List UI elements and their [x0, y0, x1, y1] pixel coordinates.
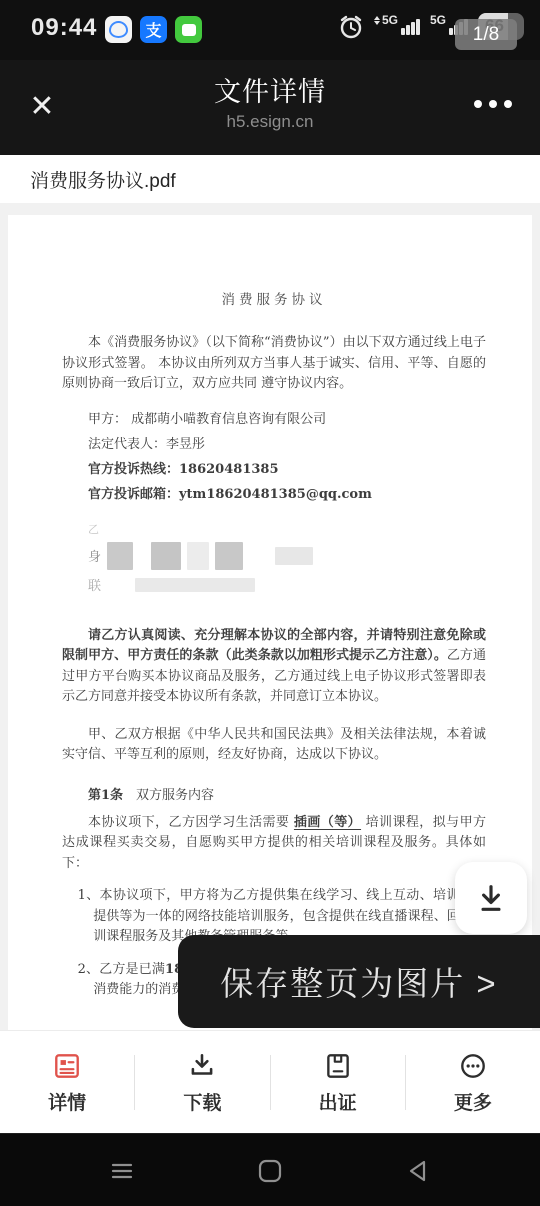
redaction-block — [187, 542, 209, 570]
back-button[interactable] — [396, 1149, 440, 1193]
redacted-text: 身 — [88, 546, 101, 565]
download-icon — [474, 881, 508, 915]
redaction-block — [135, 578, 255, 592]
network-type-label: 5G — [382, 13, 398, 27]
toolbar-item-details[interactable]: 详情 — [0, 1031, 134, 1134]
recents-menu-button[interactable] — [100, 1149, 144, 1193]
redaction-block — [215, 542, 243, 570]
redacted-text: 乙 — [88, 521, 99, 537]
android-nav-bar — [0, 1133, 540, 1206]
messages-icon — [175, 16, 202, 43]
file-name-bar: 消费服务协议.pdf — [0, 155, 540, 204]
alipay-icon: 支 — [140, 16, 167, 43]
home-button[interactable] — [248, 1149, 292, 1193]
toolbar-label: 更多 — [454, 1088, 492, 1115]
more-icon — [458, 1051, 488, 1081]
redaction-block — [107, 542, 133, 570]
toolbar-item-certificate[interactable]: 出证 — [271, 1031, 405, 1134]
party-a-name: 成都萌小喵教育信息咨询有限公司 — [131, 412, 326, 427]
alarm-icon — [338, 14, 364, 40]
underlined-course-name: 插画（等） — [294, 815, 361, 830]
certificate-icon — [323, 1051, 353, 1081]
app-header: ✕ 文件详情 h5.esign.cn — [0, 60, 540, 155]
download-icon — [187, 1051, 217, 1081]
network-type-label: 5G — [430, 13, 446, 27]
close-button[interactable]: ✕ — [20, 84, 64, 128]
home-icon — [254, 1155, 286, 1187]
notification-app-icons: 支 — [105, 16, 202, 43]
party-a-label: 甲方： — [88, 412, 127, 427]
chat-app-icon — [105, 16, 132, 43]
toolbar-label: 出证 — [319, 1088, 357, 1115]
email-row: 官方投诉邮箱：ytm18620481385@qq.com — [62, 482, 486, 507]
clock-time: 09:44 — [31, 14, 97, 42]
document-title: 消费服务协议 — [62, 288, 486, 308]
more-menu-button[interactable] — [468, 94, 518, 114]
section1-intro: 本协议项下，乙方因学习生活需要 插画（等） 培训课程，拟与甲方达成课程买卖交易，… — [62, 813, 486, 875]
download-fab-button[interactable] — [455, 862, 527, 934]
toolbar-label: 详情 — [48, 1088, 86, 1115]
section1-name: 双方服务内容 — [136, 788, 214, 803]
toolbar-item-download[interactable]: 下载 — [135, 1031, 269, 1134]
toolbar-item-more[interactable]: 更多 — [406, 1031, 540, 1134]
back-icon — [402, 1155, 434, 1187]
signal-5g-primary-icon: 5G — [374, 19, 420, 35]
redaction-block — [151, 542, 181, 570]
page-url: h5.esign.cn — [90, 112, 450, 132]
intro-paragraph: 本《消费服务协议》（以下简称“消费协议”）由以下双方通过线上电子协议形式签署。 … — [62, 333, 486, 395]
page-title: 文件详情 — [90, 70, 450, 109]
redaction-block — [275, 547, 313, 565]
pdf-page[interactable]: 消费服务协议 本《消费服务协议》（以下简称“消费协议”）由以下双方通过线上电子协… — [8, 215, 532, 1030]
file-name: 消费服务协议.pdf — [30, 166, 176, 193]
redacted-text: 联 — [88, 575, 101, 594]
bottom-toolbar: 详情 下载 出证 — [0, 1030, 540, 1134]
hotline-row: 官方投诉热线：18620481385 — [62, 457, 486, 482]
party-a-row: 甲方： 成都萌小喵教育信息咨询有限公司 — [62, 407, 486, 432]
notice-bold-text: 请乙方认真阅读、充分理解本协议的全部内容，并请特别注意免除或限制甲方、甲方责任的… — [62, 628, 486, 664]
redacted-party-b-block: 乙 身 联 — [62, 517, 486, 599]
detail-icon — [52, 1051, 82, 1081]
basis-paragraph: 甲、乙双方根据《中华人民共和国民法典》及相关法律法规，本着诚实守信、平等互利的原… — [62, 725, 486, 766]
notice-paragraph: 请乙方认真阅读、充分理解本协议的全部内容，并请特别注意免除或限制甲方、甲方责任的… — [62, 626, 486, 708]
header-title-block: 文件详情 h5.esign.cn — [90, 70, 450, 132]
section1-number: 第1条 — [88, 788, 123, 803]
phone-screen: 09:44 支 5G 5G — [0, 0, 540, 1206]
section1-title: 第1条双方服务内容 — [62, 785, 486, 806]
page-number-badge: 1/8 — [455, 19, 517, 50]
legal-rep-row: 法定代表人：李昱彤 — [62, 432, 486, 457]
document-content: 消费服务协议 本《消费服务协议》（以下简称“消费协议”）由以下双方通过线上电子协… — [8, 288, 532, 1001]
save-page-banner-button[interactable]: 保存整页为图片 > — [178, 935, 540, 1028]
menu-icon — [106, 1155, 138, 1187]
banner-label: 保存整页为图片 > — [220, 958, 497, 1005]
toolbar-label: 下载 — [183, 1088, 221, 1115]
